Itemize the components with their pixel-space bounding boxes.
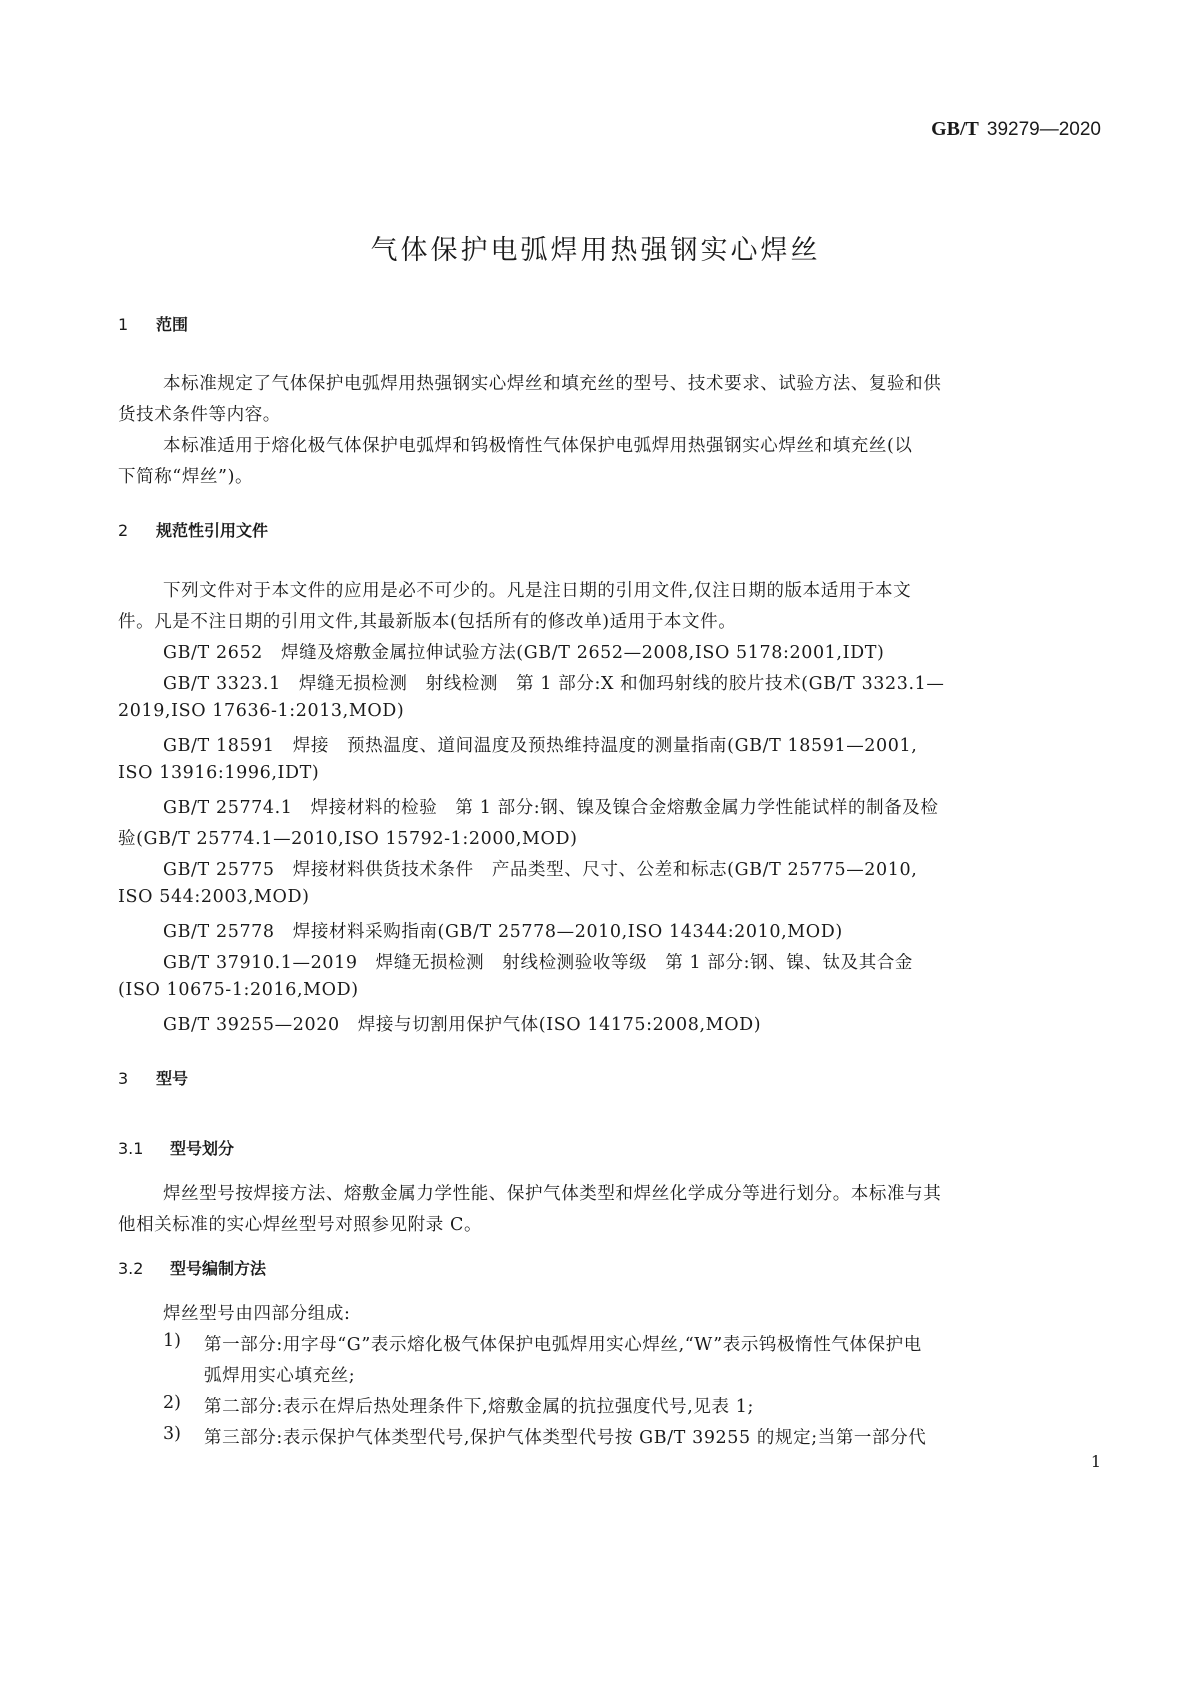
standard-prefix: GB/T — [931, 118, 979, 140]
paragraph-line: 下简称“焊丝”)。 — [118, 463, 253, 488]
standard-number: GB/T39279—2020 — [931, 118, 1101, 141]
list-item-number: 3) — [163, 1424, 181, 1444]
list-item-text: 第一部分:用字母“G”表示熔化极气体保护电弧焊用实心焊丝,“W”表示钨极惰性气体… — [204, 1331, 922, 1356]
section-title: 型号划分 — [170, 1139, 234, 1158]
paragraph-line: 他相关标准的实心焊丝型号对照参见附录 C。 — [118, 1211, 482, 1236]
paragraph-line: 下列文件对于本文件的应用是必不可少的。凡是注日期的引用文件,仅注日期的版本适用于… — [163, 577, 911, 602]
document-title: 气体保护电弧焊用热强钢实心焊丝 — [0, 228, 1191, 267]
reference-item: GB/T 3323.1 焊缝无损检测 射线检测 第 1 部分:X 和伽玛射线的胶… — [163, 670, 945, 695]
section-title: 型号编制方法 — [170, 1259, 266, 1278]
section-2-heading: 2规范性引用文件 — [118, 518, 268, 541]
section-number: 3.1 — [118, 1139, 170, 1158]
section-number: 2 — [118, 521, 156, 540]
reference-item: GB/T 18591 焊接 预热温度、道间温度及预热维持温度的测量指南(GB/T… — [163, 732, 917, 757]
page-number: 1 — [1091, 1452, 1101, 1471]
list-item-number: 1) — [163, 1331, 181, 1351]
list-item-text-cont: 弧焊用实心填充丝; — [204, 1362, 355, 1387]
section-number: 1 — [118, 315, 156, 334]
paragraph-line: 本标准规定了气体保护电弧焊用热强钢实心焊丝和填充丝的型号、技术要求、试验方法、复… — [163, 370, 941, 395]
reference-item: GB/T 2652 焊缝及熔敷金属拉伸试验方法(GB/T 2652—2008,I… — [163, 639, 884, 664]
paragraph-line: 焊丝型号由四部分组成: — [163, 1300, 351, 1325]
list-item-text: 第二部分:表示在焊后热处理条件下,熔敷金属的抗拉强度代号,见表 1; — [204, 1393, 754, 1418]
paragraph-line: 货技术条件等内容。 — [118, 401, 281, 426]
reference-item-cont: 2019,ISO 17636-1:2013,MOD) — [118, 701, 404, 721]
standard-code: 39279—2020 — [987, 119, 1101, 140]
section-title: 型号 — [156, 1069, 188, 1088]
paragraph-line: 本标准适用于熔化极气体保护电弧焊和钨极惰性气体保护电弧焊用热强钢实心焊丝和填充丝… — [163, 432, 913, 457]
section-title: 范围 — [156, 315, 188, 334]
list-item-number: 2) — [163, 1393, 181, 1413]
section-title: 规范性引用文件 — [156, 521, 268, 540]
subsection-3-2-heading: 3.2型号编制方法 — [118, 1256, 266, 1279]
paragraph-line: 件。凡是不注日期的引用文件,其最新版本(包括所有的修改单)适用于本文件。 — [118, 608, 736, 633]
reference-item-cont: ISO 544:2003,MOD) — [118, 887, 310, 907]
section-3-heading: 3型号 — [118, 1066, 188, 1089]
reference-item-cont: (ISO 10675-1:2016,MOD) — [118, 980, 359, 1000]
reference-item: GB/T 25775 焊接材料供货技术条件 产品类型、尺寸、公差和标志(GB/T… — [163, 856, 917, 881]
subsection-3-1-heading: 3.1型号划分 — [118, 1136, 234, 1159]
paragraph-line: 焊丝型号按焊接方法、熔敷金属力学性能、保护气体类型和焊丝化学成分等进行划分。本标… — [163, 1180, 941, 1205]
section-number: 3.2 — [118, 1259, 170, 1278]
section-1-heading: 1范围 — [118, 312, 188, 335]
reference-item: GB/T 25774.1 焊接材料的检验 第 1 部分:钢、镍及镍合金熔敷金属力… — [163, 794, 939, 819]
section-number: 3 — [118, 1069, 156, 1088]
reference-item-cont: ISO 13916:1996,IDT) — [118, 763, 319, 783]
reference-item: GB/T 39255—2020 焊接与切割用保护气体(ISO 14175:200… — [163, 1011, 761, 1036]
reference-item: GB/T 25778 焊接材料采购指南(GB/T 25778—2010,ISO … — [163, 918, 843, 943]
reference-item-cont: 验(GB/T 25774.1—2010,ISO 15792-1:2000,MOD… — [118, 825, 578, 850]
reference-item: GB/T 37910.1—2019 焊缝无损检测 射线检测验收等级 第 1 部分… — [163, 949, 913, 974]
list-item-text: 第三部分:表示保护气体类型代号,保护气体类型代号按 GB/T 39255 的规定… — [204, 1424, 926, 1449]
